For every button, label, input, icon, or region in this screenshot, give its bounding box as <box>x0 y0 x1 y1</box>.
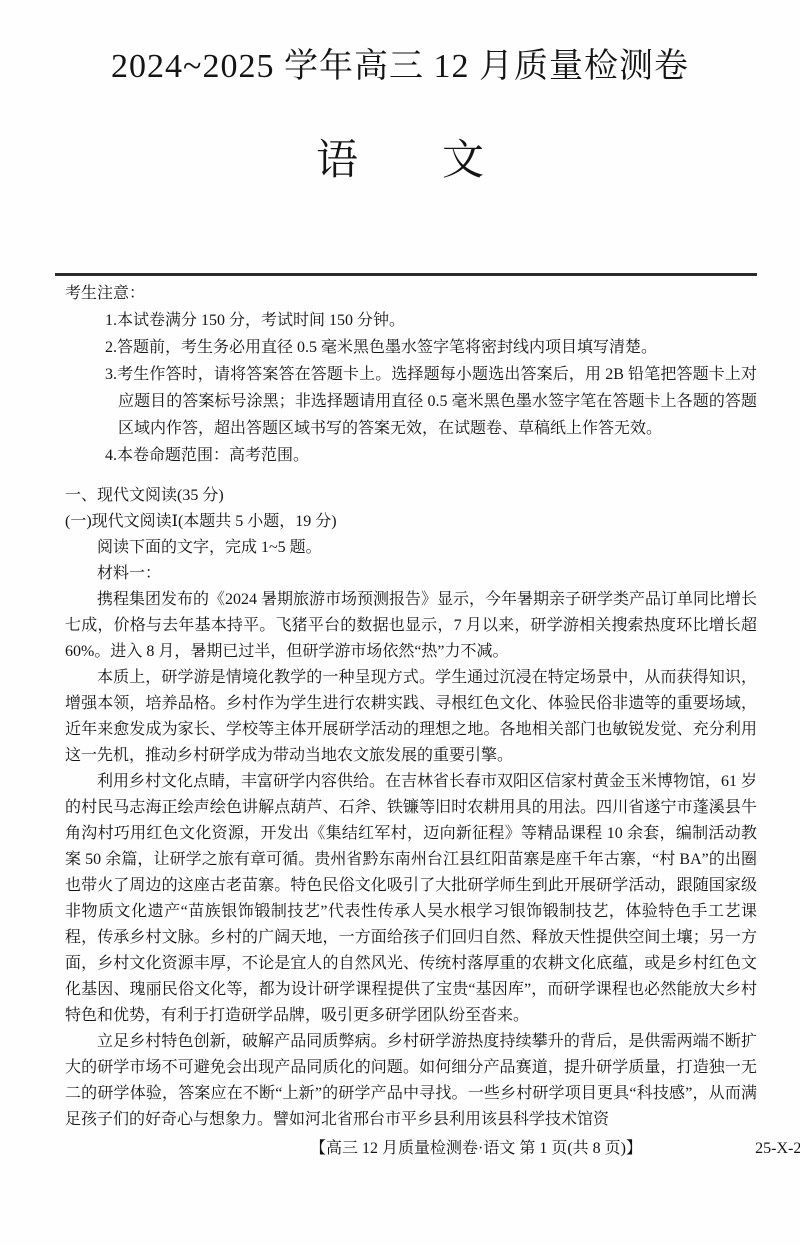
passage-paragraph-3: 利用乡村文化点睛，丰富研学内容供给。在吉林省长春市双阳区信家村黄金玉米博物馆，6… <box>65 769 757 1029</box>
notice-item-4: 4.本卷命题范围：高考范围。 <box>65 442 757 469</box>
section-heading: 一、现代文阅读(35 分) <box>65 483 757 509</box>
footer-page-info: 【高三 12 月质量检测卷·语文 第 1 页(共 8 页)】 <box>310 1140 642 1157</box>
reading-instruction: 阅读下面的文字，完成 1~5 题。 <box>65 535 757 561</box>
notice-item-1: 1.本试卷满分 150 分，考试时间 150 分钟。 <box>65 307 757 334</box>
reading-passage: 携程集团发布的《2024 暑期旅游市场预测报告》显示，今年暑期亲子研学类产品订单… <box>65 587 757 1133</box>
page-content: 考生注意： 1.本试卷满分 150 分，考试时间 150 分钟。 2.答题前，考… <box>65 280 757 1162</box>
notice-item-2: 2.答题前，考生务必用直径 0.5 毫米黑色墨水签字笔将密封线内项目填写清楚。 <box>65 334 757 361</box>
notice-item-3: 3.考生作答时，请将答案答在答题卡上。选择题每小题选出答案后，用 2B 铅笔把答… <box>65 361 757 442</box>
exam-subject: 语 文 <box>0 136 800 186</box>
exam-title: 2024~2025 学年高三 12 月质量检测卷 <box>0 0 800 90</box>
header-divider <box>55 273 757 276</box>
exam-page: 2024~2025 学年高三 12 月质量检测卷 语 文 考生注意： 1.本试卷… <box>0 0 800 1246</box>
footer-paper-code: 25-X-213C <box>755 1135 800 1162</box>
section-one: 一、现代文阅读(35 分) (一)现代文阅读Ⅰ(本题共 5 小题，19 分) 阅… <box>65 483 757 587</box>
passage-paragraph-1: 携程集团发布的《2024 暑期旅游市场预测报告》显示，今年暑期亲子研学类产品订单… <box>65 587 757 665</box>
notice-block: 考生注意： 1.本试卷满分 150 分，考试时间 150 分钟。 2.答题前，考… <box>65 280 757 469</box>
notice-heading: 考生注意： <box>65 280 757 307</box>
passage-paragraph-2: 本质上，研学游是情境化教学的一种呈现方式。学生通过沉浸在特定场景中，从而获得知识… <box>65 665 757 769</box>
section-subheading: (一)现代文阅读Ⅰ(本题共 5 小题，19 分) <box>65 509 757 535</box>
material-one-label: 材料一： <box>65 561 757 587</box>
passage-paragraph-4: 立足乡村特色创新，破解产品同质弊病。乡村研学游热度持续攀升的背后，是供需两端不断… <box>65 1029 757 1133</box>
page-footer: 【高三 12 月质量检测卷·语文 第 1 页(共 8 页)】 25-X-213C <box>130 1135 800 1162</box>
